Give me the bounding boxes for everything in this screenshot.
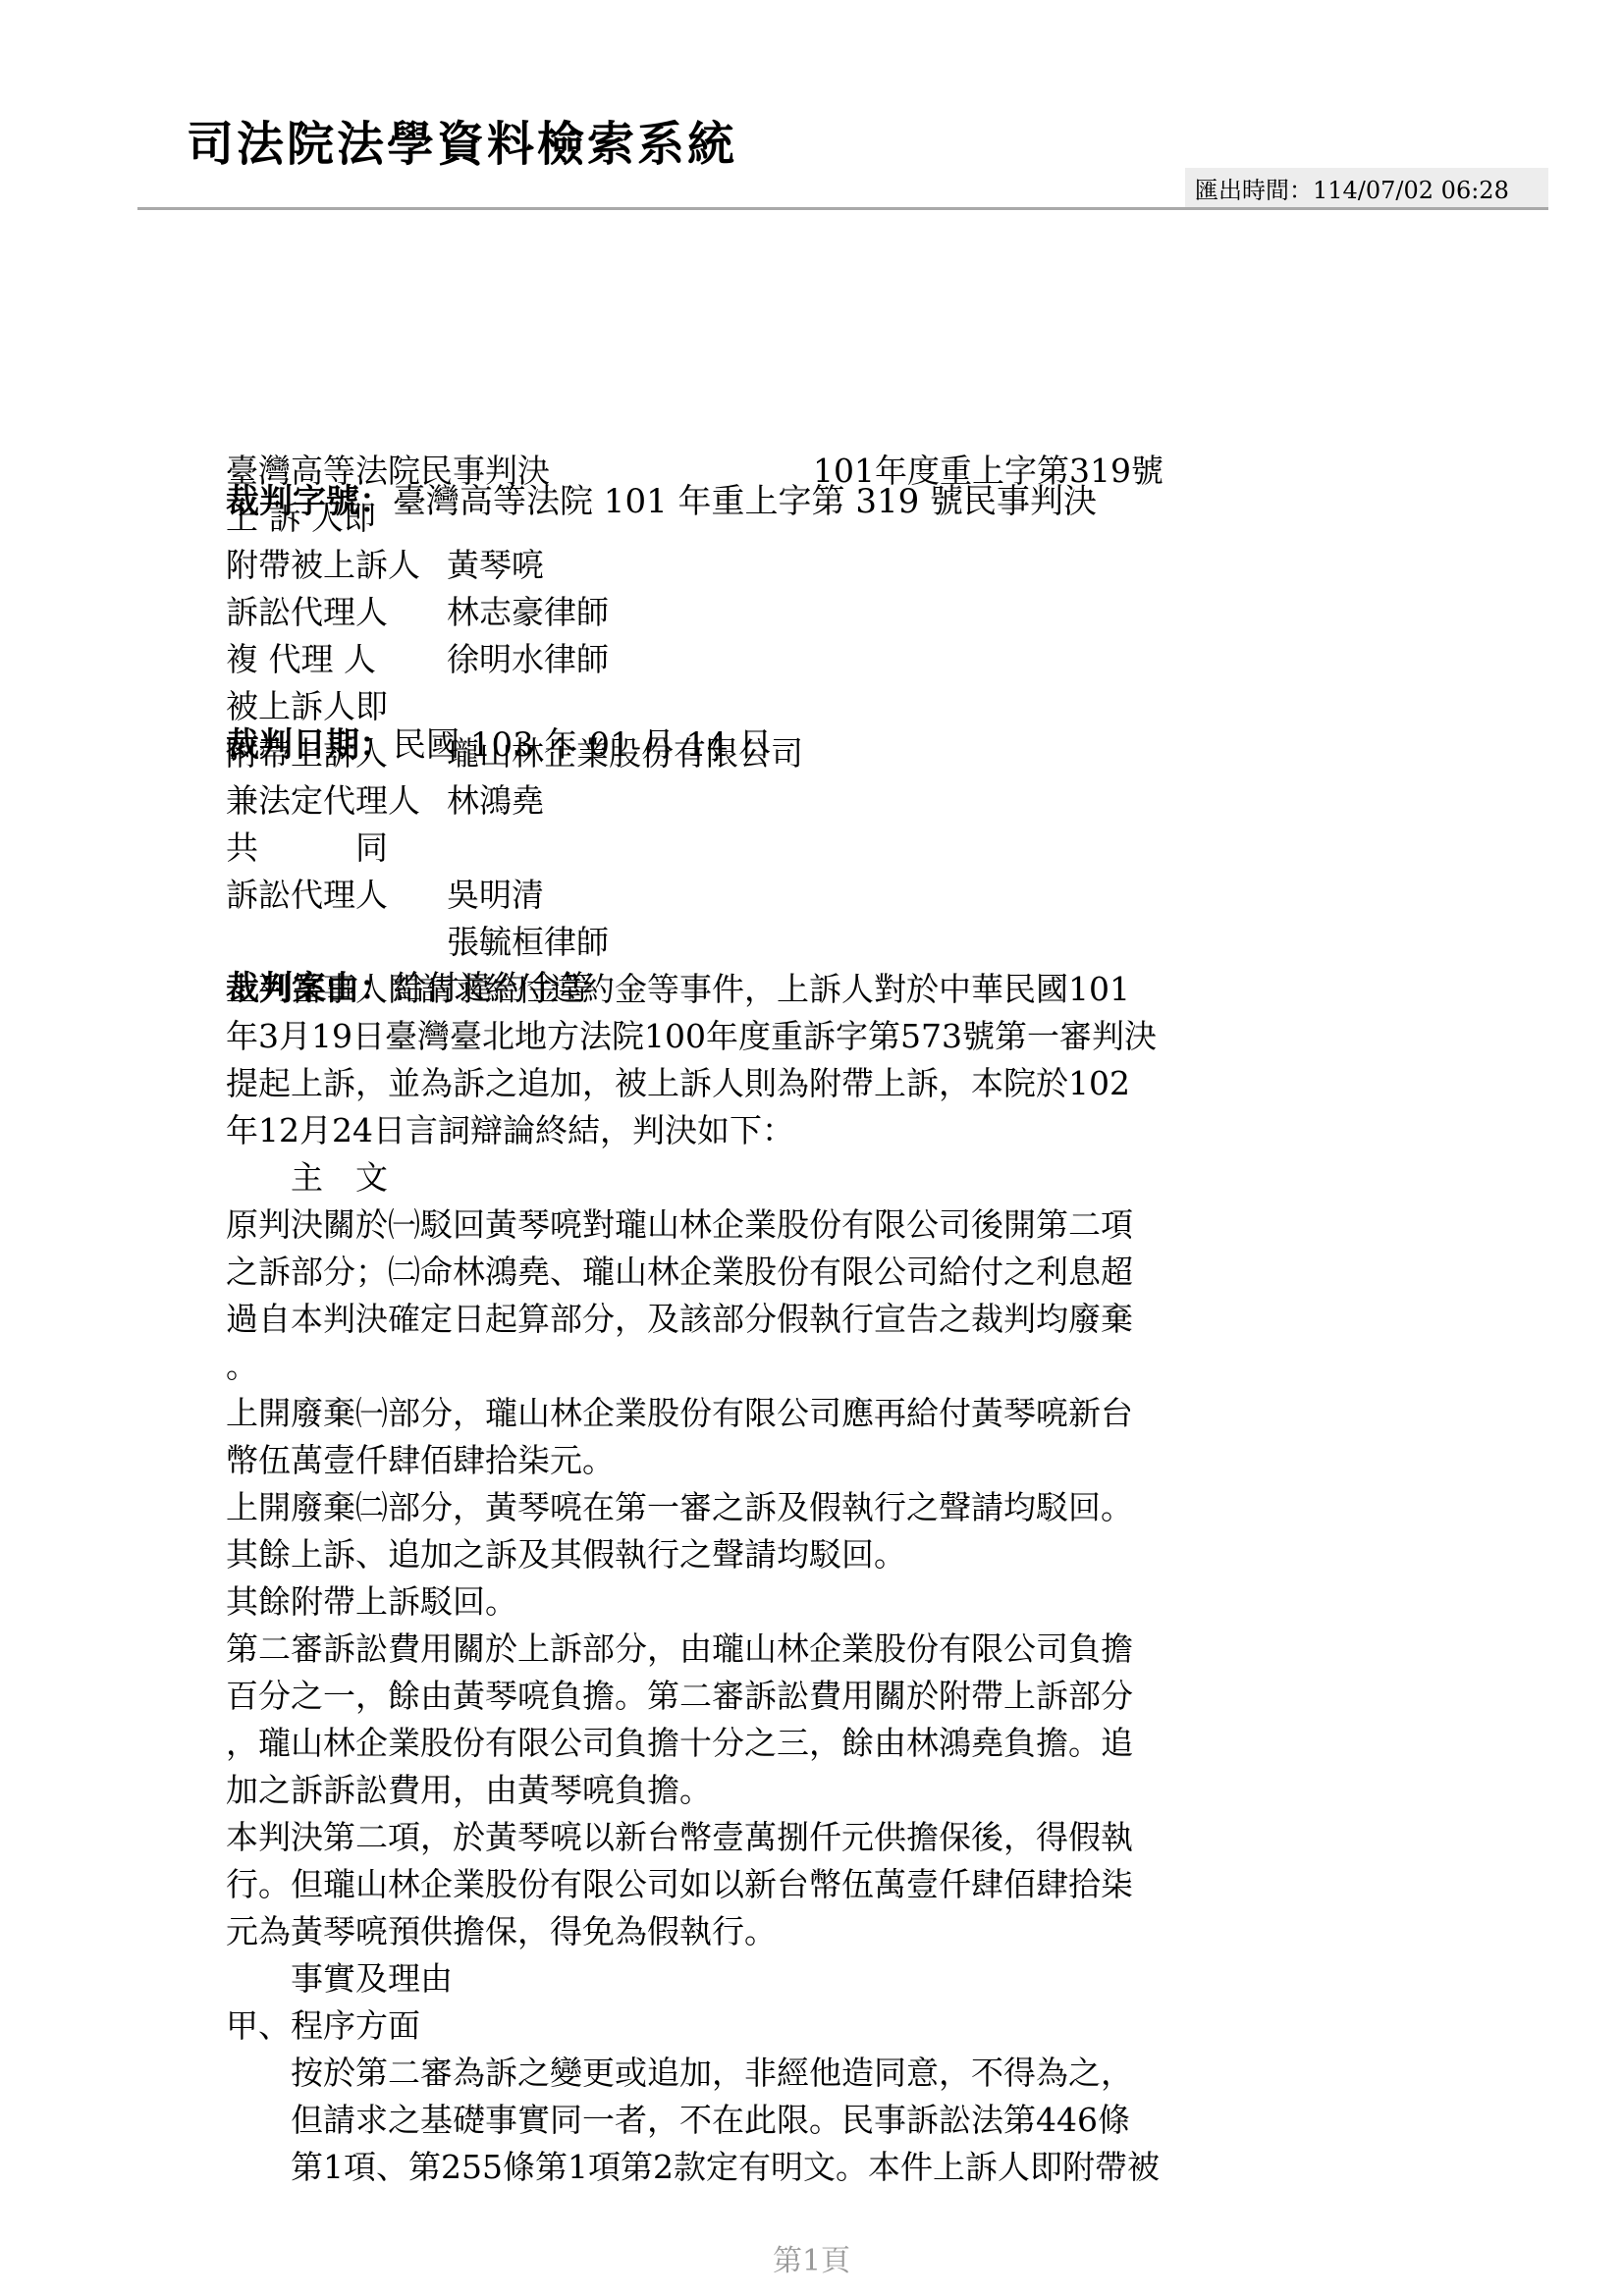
party-row: 複 代理 人徐明水律師	[226, 636, 1173, 683]
judgment-text-line: 元為黃琴喨預供擔保，得免為假執行。	[226, 1908, 1173, 1955]
party-row: 兼法定代理人林鴻堯	[226, 777, 1173, 825]
party-role-label: 兼法定代理人	[226, 777, 447, 825]
party-row: 附帶上訴人瓏山林企業股份有限公司	[226, 730, 1173, 777]
party-name: 瓏山林企業股份有限公司	[447, 734, 803, 773]
party-row: 被上訴人即	[226, 683, 1173, 730]
party-name: 林鴻堯	[447, 781, 544, 820]
judgment-text-line: 。	[226, 1343, 1173, 1390]
judgment-text-line: 上開廢棄㈠部分，瓏山林企業股份有限公司應再給付黃琴喨新台	[226, 1390, 1173, 1437]
judgment-text-line: 幣伍萬壹仟肆佰肆拾柒元。	[226, 1437, 1173, 1484]
judgment-text-line: 主 文	[226, 1154, 1173, 1201]
party-role-label: 共 同	[226, 825, 447, 872]
party-row: 共 同	[226, 825, 1173, 872]
judgment-text-line: 年3月19日臺灣臺北地方法院100年度重訴字第573號第一審判決	[226, 1013, 1173, 1060]
judgment-body: 臺灣高等法院民事判決101年度重上字第319號 上 訴 人即 附帶被上訴人黃琴喨…	[226, 448, 1173, 2191]
judgment-text-line: 之訴部分；㈡命林鴻堯、瓏山林企業股份有限公司給付之利息超	[226, 1249, 1173, 1296]
party-name: 張毓桓律師	[447, 923, 609, 961]
judgment-text-line: 提起上訴，並為訴之追加，被上訴人則為附帶上訴，本院於102	[226, 1060, 1173, 1107]
case-number: 101年度重上字第319號	[813, 448, 1163, 495]
judgment-text-line: 原判決關於㈠駁回黃琴喨對瓏山林企業股份有限公司後開第二項	[226, 1201, 1173, 1249]
judgment-text-line: 甲、程序方面	[226, 2002, 1173, 2050]
judgment-text-line: 但請求之基礎事實同一者，不在此限。民事訴訟法第446條	[226, 2097, 1173, 2144]
judgment-text-line: 加之訴訴訟費用，由黃琴喨負擔。	[226, 1767, 1173, 1814]
judgment-text-line: 上開廢棄㈡部分，黃琴喨在第一審之訴及假執行之聲請均駁回。	[226, 1484, 1173, 1531]
judgment-text-line: 其餘附帶上訴駁回。	[226, 1578, 1173, 1626]
site-title: 司法院法學資料檢索系統	[187, 106, 737, 174]
judgment-text-line: 其餘上訴、追加之訴及其假執行之聲請均駁回。	[226, 1531, 1173, 1578]
party-role-label: 被上訴人即	[226, 683, 447, 730]
judgment-text-line: 上列當事人間請求給付違約金等事件，上訴人對於中華民國101	[226, 966, 1173, 1013]
party-name: 黃琴喨	[447, 546, 544, 584]
party-role-label: 附帶上訴人	[226, 730, 447, 777]
party-role-label: 訴訟代理人	[226, 589, 447, 636]
party-name: 徐明水律師	[447, 640, 609, 678]
judgment-text-line: 年12月24日言詞辯論終結，判決如下：	[226, 1107, 1173, 1154]
judgment-text-line: 事實及理由	[226, 1955, 1173, 2002]
party-row: 訴訟代理人吳明清	[226, 872, 1173, 919]
party-role-label: 複 代理 人	[226, 636, 447, 683]
court-line: 臺灣高等法院民事判決101年度重上字第319號	[226, 448, 1173, 495]
party-row: 上 訴 人即	[226, 495, 1173, 542]
judgment-text: 上列當事人間請求給付違約金等事件，上訴人對於中華民國101 年3月19日臺灣臺北…	[226, 966, 1173, 2191]
party-list: 上 訴 人即 附帶被上訴人黃琴喨 訴訟代理人林志豪律師 複 代理 人徐明水律師 …	[226, 495, 1173, 966]
judgment-text-line: 本判決第二項，於黃琴喨以新台幣壹萬捌仟元供擔保後，得假執	[226, 1814, 1173, 1861]
header-rule: 匯出時間：114/07/02 06:28	[137, 177, 1548, 210]
judgment-text-line: 百分之一，餘由黃琴喨負擔。第二審訴訟費用關於附帶上訴部分	[226, 1673, 1173, 1720]
judgment-text-line: 第1項、第255條第1項第2款定有明文。本件上訴人即附帶被	[226, 2144, 1173, 2191]
judgment-text-line: 行。但瓏山林企業股份有限公司如以新台幣伍萬壹仟肆佰肆拾柒	[226, 1861, 1173, 1908]
judgment-text-line: ，瓏山林企業股份有限公司負擔十分之三，餘由林鴻堯負擔。追	[226, 1720, 1173, 1767]
party-role-label: 訴訟代理人	[226, 872, 447, 919]
export-time: 匯出時間：114/07/02 06:28	[1185, 168, 1548, 207]
party-name: 吳明清	[447, 876, 544, 914]
page-number: 第1頁	[0, 2236, 1623, 2279]
party-row: 附帶被上訴人黃琴喨	[226, 542, 1173, 589]
judgment-text-line: 第二審訴訟費用關於上訴部分，由瓏山林企業股份有限公司負擔	[226, 1626, 1173, 1673]
court-name: 臺灣高等法院民事判決	[226, 452, 550, 490]
party-role-label: 附帶被上訴人	[226, 542, 447, 589]
judgment-text-line: 按於第二審為訴之變更或追加，非經他造同意，不得為之，	[226, 2050, 1173, 2097]
party-name: 林志豪律師	[447, 593, 609, 631]
party-row: 張毓桓律師	[226, 919, 1173, 966]
judgment-text-line: 過自本判決確定日起算部分，及該部分假執行宣告之裁判均廢棄	[226, 1296, 1173, 1343]
party-row: 訴訟代理人林志豪律師	[226, 589, 1173, 636]
party-role-label: 上 訴 人即	[226, 495, 447, 542]
